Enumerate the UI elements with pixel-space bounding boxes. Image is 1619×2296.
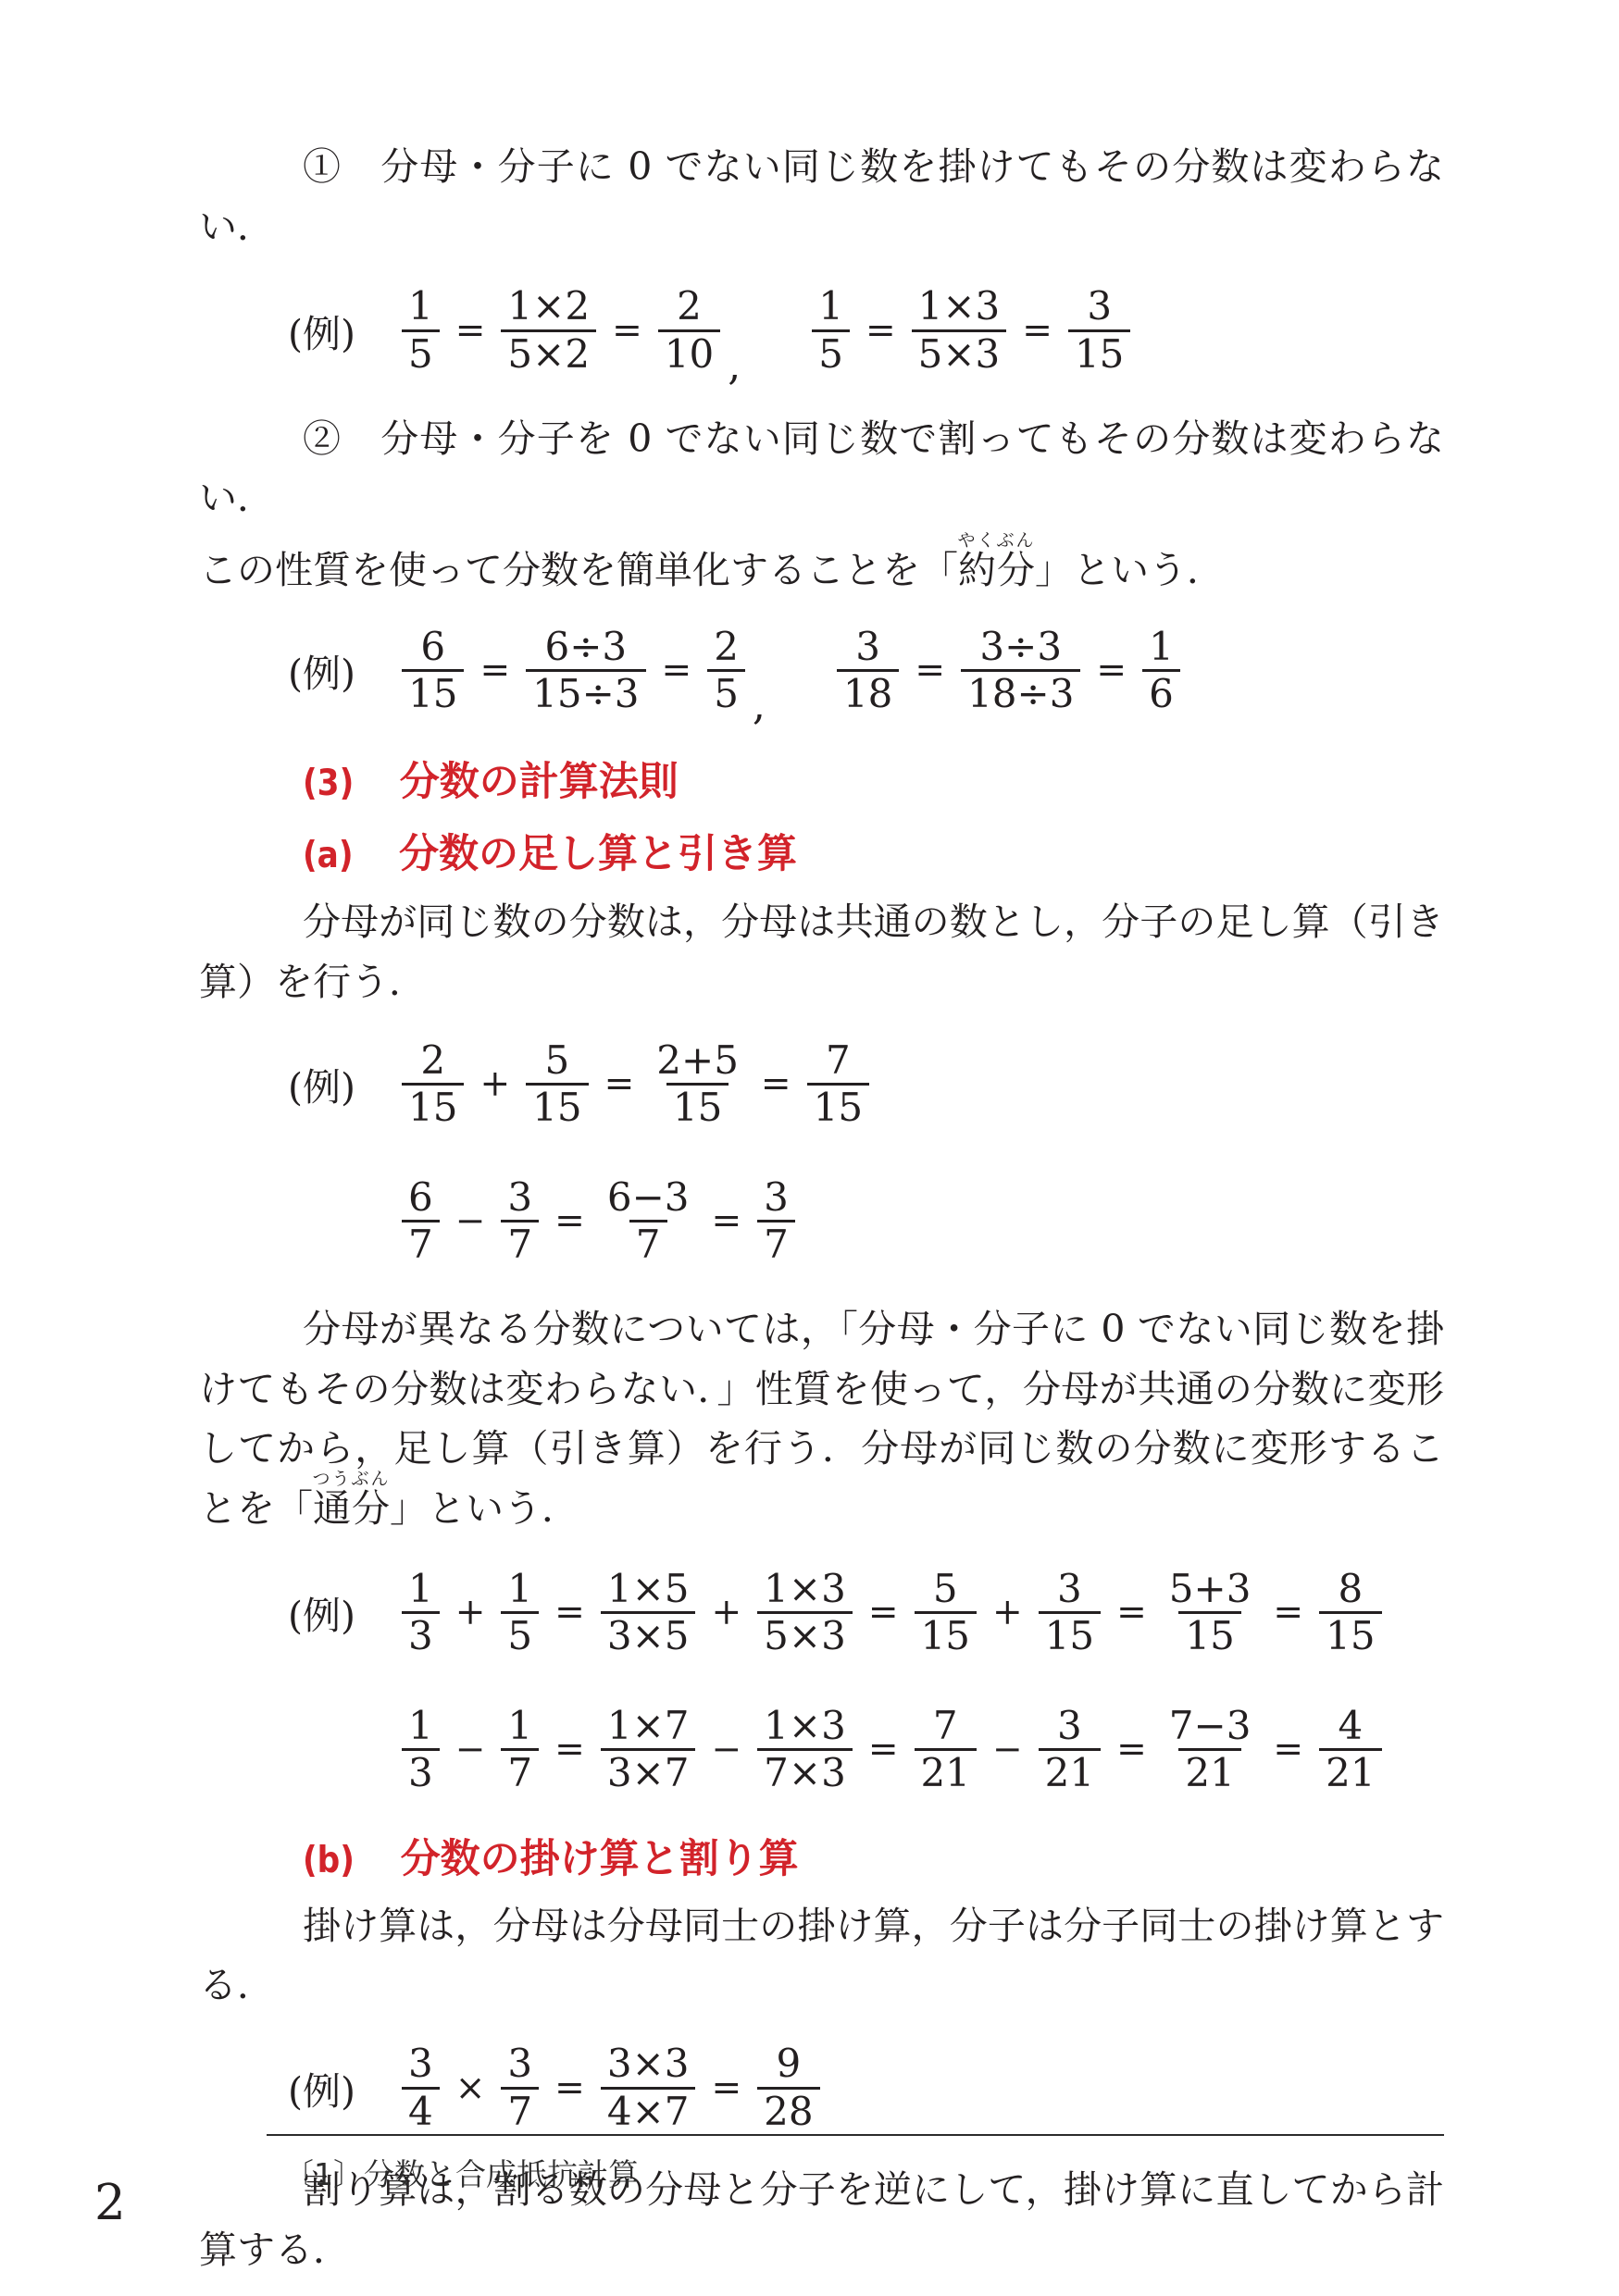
fraction: 2+515 xyxy=(650,1038,745,1131)
example-row-divide-constant: (例) 615=6÷315÷3=25,318=3÷318÷3=16 xyxy=(199,621,1444,721)
operator: × xyxy=(455,2070,486,2106)
operator: − xyxy=(455,1203,486,1239)
operator: + xyxy=(992,1595,1023,1631)
numerator: 7 xyxy=(819,1038,857,1084)
operator: + xyxy=(479,1066,510,1102)
fraction: 315 xyxy=(1068,284,1130,377)
equation-multiply-fractions: 34×37=3×34×7=928 xyxy=(397,2042,825,2134)
denominator: 7×3 xyxy=(757,1748,853,1796)
denominator: 7 xyxy=(757,1220,795,1268)
heading-number: (3) xyxy=(303,762,354,807)
paragraph-different-denominator: 分母が異なる分数については，「分母・分子に 0 でない同じ数を掛けてもその分数は… xyxy=(199,1299,1444,1539)
fraction: 315 xyxy=(1039,1567,1101,1659)
operator: = xyxy=(711,1203,741,1239)
fraction: 815 xyxy=(1319,1567,1381,1659)
numerator: 1×5 xyxy=(601,1567,696,1612)
denominator: 10 xyxy=(658,329,720,378)
denominator: 3 xyxy=(402,1748,440,1796)
heading-multiply-divide: (b) 分数の掛け算と割り算 xyxy=(199,1835,1444,1885)
numerator: 4 xyxy=(1331,1704,1369,1749)
operator: − xyxy=(992,1731,1023,1768)
operator: = xyxy=(612,313,642,349)
operator: − xyxy=(711,1731,741,1768)
equation-row-subtract-different-denominator: 13−17=1×73×7−1×37×3=721−321=7−321=421 xyxy=(199,1700,1444,1800)
fraction: 34 xyxy=(402,2042,440,2134)
fraction: 1×53×5 xyxy=(601,1567,696,1659)
fraction: 37 xyxy=(757,1175,795,1268)
numerator: 3 xyxy=(757,1175,795,1221)
denominator: 6 xyxy=(1142,669,1180,717)
numerator: 1 xyxy=(501,1704,539,1749)
equation-subtract-different-denominator: 13−17=1×73×7−1×37×3=721−321=7−321=421 xyxy=(397,1704,1387,1796)
comma-separator: , xyxy=(728,346,741,387)
fraction: 3×34×7 xyxy=(601,2042,696,2134)
fraction: 5+315 xyxy=(1163,1567,1258,1659)
fraction: 515 xyxy=(915,1567,977,1659)
numerator: 3 xyxy=(402,2042,440,2087)
fraction: 515 xyxy=(526,1038,588,1131)
document-page: ① 分母・分子に 0 でない同じ数を掛けてもその分数は変わらない． (例) 15… xyxy=(0,0,1619,2296)
numerator: 1 xyxy=(402,284,440,329)
numerator: 6 xyxy=(414,625,452,670)
fraction: 1×35×3 xyxy=(757,1567,853,1659)
denominator: 21 xyxy=(1039,1748,1101,1796)
denominator: 15 xyxy=(1039,1611,1101,1659)
equation-multiply-constant: 15=1×25×2=210,15=1×35×3=315 xyxy=(397,284,1135,377)
example-label: (例) xyxy=(288,1585,397,1640)
page-number: 2 xyxy=(94,2175,126,2231)
rule-item-2-continued: この性質を使って分数を簡単化することを「約分やくぶん」という． xyxy=(199,530,1444,601)
numerator: 2 xyxy=(670,284,708,329)
operator: = xyxy=(1273,1731,1303,1768)
denominator: 15 xyxy=(402,1083,464,1131)
numerator: 3 xyxy=(1051,1704,1089,1749)
operator: = xyxy=(554,1731,585,1768)
fraction: 17 xyxy=(501,1704,539,1796)
numerator: 1×2 xyxy=(501,284,596,329)
fraction: 1×73×7 xyxy=(601,1704,696,1796)
operator: = xyxy=(711,2070,741,2106)
fraction: 15 xyxy=(501,1567,539,1659)
fraction: 210 xyxy=(658,284,720,377)
fraction: 37 xyxy=(501,1175,539,1268)
numerator: 6 xyxy=(402,1175,440,1221)
denominator: 15 xyxy=(666,1083,729,1131)
numerator: 1×3 xyxy=(912,284,1007,329)
denominator: 7 xyxy=(402,1220,440,1268)
numerator: 3 xyxy=(1080,284,1118,329)
numerator: 1 xyxy=(1142,625,1180,670)
fraction: 6−37 xyxy=(601,1175,696,1268)
denominator: 15 xyxy=(807,1083,869,1131)
operator: = xyxy=(868,1731,899,1768)
denominator: 21 xyxy=(1319,1748,1381,1796)
denominator: 7 xyxy=(501,2087,539,2135)
fraction: 13 xyxy=(402,1704,440,1796)
operator: = xyxy=(1096,652,1127,689)
numerator: 3 xyxy=(849,625,887,670)
operator: − xyxy=(455,1731,486,1768)
operator: = xyxy=(554,1203,585,1239)
equation-subtract-same-denominator: 67−37=6−37=37 xyxy=(397,1175,800,1268)
fraction: 1×37×3 xyxy=(757,1704,853,1796)
operator: = xyxy=(604,1066,635,1102)
fraction: 318 xyxy=(837,625,899,717)
numerator: 6−3 xyxy=(601,1175,696,1221)
fraction: 67 xyxy=(402,1175,440,1268)
fraction: 37 xyxy=(501,2042,539,2134)
denominator: 5 xyxy=(501,1611,539,1659)
operator: = xyxy=(761,1066,791,1102)
denominator: 3 xyxy=(402,1611,440,1659)
fraction: 25 xyxy=(707,625,745,717)
denominator: 21 xyxy=(1178,1748,1240,1796)
rule-item-2: ② 分母・分子を 0 でない同じ数で割ってもその分数は変わらない． xyxy=(199,409,1444,529)
fraction: 615 xyxy=(402,625,464,717)
denominator: 3×5 xyxy=(601,1611,696,1659)
denominator: 15 xyxy=(1068,329,1130,378)
example-row-multiply-fractions: (例) 34×37=3×34×7=928 xyxy=(199,2038,1444,2138)
furigana-term: 通分つうぶん xyxy=(313,1486,390,1531)
fraction: 3÷318÷3 xyxy=(961,625,1080,717)
numerator: 3 xyxy=(1051,1567,1089,1612)
paragraph-same-denominator: 分母が同じ数の分数は，分母は共通の数とし，分子の足し算（引き算）を行う． xyxy=(199,892,1444,1012)
heading-add-subtract: (a) 分数の足し算と引き算 xyxy=(199,830,1444,880)
fraction: 721 xyxy=(915,1704,977,1796)
operator: + xyxy=(455,1595,486,1631)
example-label: (例) xyxy=(288,643,397,698)
example-label: (例) xyxy=(288,2061,397,2116)
text-segment: 」という． xyxy=(1035,548,1225,592)
denominator: 15÷3 xyxy=(526,669,645,717)
rule-item-1: ① 分母・分子に 0 でない同じ数を掛けてもその分数は変わらない． xyxy=(199,137,1444,257)
example-row-add-different-denominator: (例) 13+15=1×53×5+1×35×3=515+315=5+315=81… xyxy=(199,1563,1444,1663)
denominator: 15 xyxy=(526,1083,588,1131)
comma-separator: , xyxy=(753,686,766,726)
numerator: 7−3 xyxy=(1163,1704,1258,1749)
numerator: 3÷3 xyxy=(973,625,1068,670)
denominator: 4×7 xyxy=(601,2087,696,2135)
denominator: 7 xyxy=(501,1220,539,1268)
numerator: 8 xyxy=(1331,1567,1369,1612)
numerator: 5 xyxy=(927,1567,965,1612)
numerator: 3 xyxy=(501,1175,539,1221)
paragraph-multiplication: 掛け算は，分母は分母同士の掛け算，分子は分子同士の掛け算とする． xyxy=(199,1896,1444,2017)
fraction: 1×25×2 xyxy=(501,284,596,377)
numerator: 6÷3 xyxy=(539,625,634,670)
equation-add-same-denominator: 215+515=2+515=715 xyxy=(397,1038,874,1131)
denominator: 18 xyxy=(837,669,899,717)
numerator: 1×3 xyxy=(757,1704,853,1749)
denominator: 15 xyxy=(1319,1611,1381,1659)
equation-divide-constant: 615=6÷315÷3=25,318=3÷318÷3=16 xyxy=(397,625,1185,717)
denominator: 28 xyxy=(757,2087,819,2135)
denominator: 18÷3 xyxy=(961,669,1080,717)
denominator: 7 xyxy=(501,1748,539,1796)
example-label: (例) xyxy=(288,1057,397,1111)
operator: = xyxy=(866,313,896,349)
numerator: 2 xyxy=(707,625,745,670)
heading-title: 分数の掛け算と割り算 xyxy=(401,1835,799,1885)
text-segment: この性質を使って分数を簡単化することを「 xyxy=(199,548,958,592)
numerator: 1 xyxy=(812,284,850,329)
denominator: 5×3 xyxy=(757,1611,853,1659)
operator: = xyxy=(915,652,945,689)
example-label: (例) xyxy=(288,304,397,358)
example-row-multiply-constant: (例) 15=1×25×2=210,15=1×35×3=315 xyxy=(199,281,1444,381)
denominator: 5 xyxy=(402,329,440,378)
operator: = xyxy=(1116,1595,1147,1631)
numerator: 7 xyxy=(927,1704,965,1749)
numerator: 5+3 xyxy=(1163,1567,1258,1612)
numerator: 2 xyxy=(414,1038,452,1084)
denominator: 4 xyxy=(402,2087,440,2135)
fraction: 715 xyxy=(807,1038,869,1131)
operator: = xyxy=(662,652,692,689)
text-segment: 」という． xyxy=(390,1486,579,1531)
example-row-add-same-denominator: (例) 215+515=2+515=715 xyxy=(199,1035,1444,1135)
numerator: 1 xyxy=(402,1704,440,1749)
heading-title: 分数の計算法則 xyxy=(400,758,679,808)
footnote-divider xyxy=(267,2134,1444,2136)
operator: = xyxy=(1116,1731,1147,1768)
numerator: 9 xyxy=(770,2042,808,2087)
operator: = xyxy=(479,652,510,689)
heading-title: 分数の足し算と引き算 xyxy=(399,830,797,880)
fraction: 16 xyxy=(1142,625,1180,717)
equation-add-different-denominator: 13+15=1×53×5+1×35×3=515+315=5+315=815 xyxy=(397,1567,1387,1659)
fraction: 7−321 xyxy=(1163,1704,1258,1796)
heading-number: (b) xyxy=(303,1839,355,1884)
fraction: 6÷315÷3 xyxy=(526,625,645,717)
denominator: 15 xyxy=(402,669,464,717)
denominator: 3×7 xyxy=(601,1748,696,1796)
numerator: 2+5 xyxy=(650,1038,745,1084)
fraction: 15 xyxy=(402,284,440,377)
denominator: 5 xyxy=(812,329,850,378)
denominator: 15 xyxy=(1178,1611,1240,1659)
fraction: 421 xyxy=(1319,1704,1381,1796)
numerator: 3×3 xyxy=(601,2042,696,2087)
numerator: 5 xyxy=(539,1038,577,1084)
denominator: 15 xyxy=(915,1611,977,1659)
fraction: 1×35×3 xyxy=(912,284,1007,377)
numerator: 1×7 xyxy=(601,1704,696,1749)
operator: = xyxy=(554,1595,585,1631)
footnote: 〔1〕分数と合成抵抗計算 xyxy=(283,2151,639,2194)
furigana-term: 約分やくぶん xyxy=(958,548,1035,592)
fraction: 928 xyxy=(757,2042,819,2134)
fraction: 13 xyxy=(402,1567,440,1659)
equation-row-subtract-same-denominator: 67−37=6−37=37 xyxy=(199,1172,1444,1272)
fraction: 321 xyxy=(1039,1704,1101,1796)
heading-calculation-rules: (3) 分数の計算法則 xyxy=(199,758,1444,808)
denominator: 5×2 xyxy=(501,329,596,378)
operator: + xyxy=(711,1595,741,1631)
operator: = xyxy=(868,1595,899,1631)
heading-number: (a) xyxy=(303,834,354,879)
numerator: 1 xyxy=(501,1567,539,1612)
operator: = xyxy=(1273,1595,1303,1631)
fraction: 215 xyxy=(402,1038,464,1131)
denominator: 5 xyxy=(707,669,745,717)
operator: = xyxy=(554,2070,585,2106)
denominator: 7 xyxy=(629,1220,667,1268)
numerator: 3 xyxy=(501,2042,539,2087)
operator: = xyxy=(1022,313,1052,349)
denominator: 5×3 xyxy=(912,329,1007,378)
page-body: ① 分母・分子に 0 でない同じ数を掛けてもその分数は変わらない． (例) 15… xyxy=(199,120,1444,2280)
numerator: 1 xyxy=(402,1567,440,1612)
operator: = xyxy=(455,313,486,349)
numerator: 1×3 xyxy=(757,1567,853,1612)
denominator: 21 xyxy=(915,1748,977,1796)
fraction: 15 xyxy=(812,284,850,377)
